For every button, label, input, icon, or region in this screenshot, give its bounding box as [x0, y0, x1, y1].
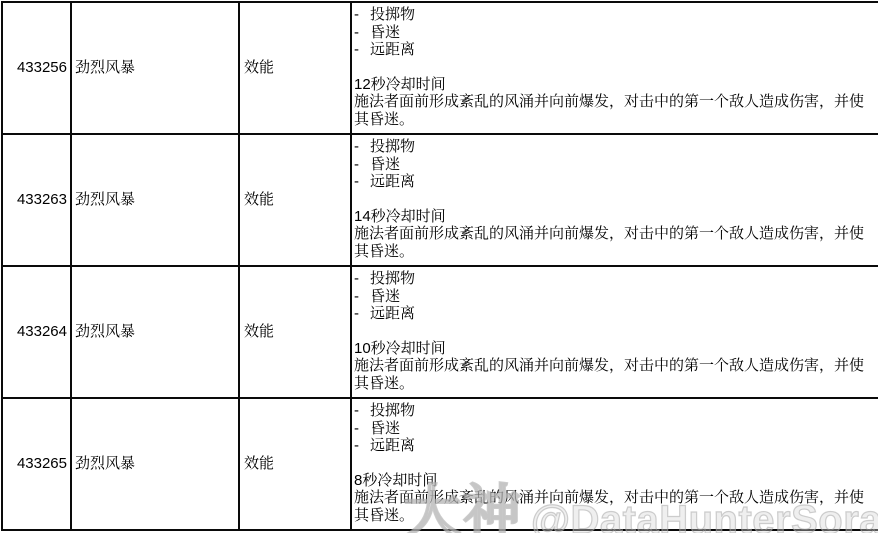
tag-label: 投掷物: [370, 402, 415, 419]
skill-category-cell: 效能: [239, 134, 351, 266]
tag-item: -投掷物: [354, 270, 874, 288]
tag-label: 远距离: [370, 41, 415, 58]
table-row: 433264 劲烈风暴 效能 -投掷物-昏迷-远距离 10秒冷却时间 施法者面前…: [2, 266, 878, 398]
skill-description: 施法者面前形成紊乱的风涌并向前爆发，对击中的第一个敌人造成伤害，并使其昏迷。: [354, 357, 874, 392]
tag-label: 昏迷: [370, 24, 400, 41]
skill-id-cell: 433256: [2, 2, 71, 134]
tag-label: 昏迷: [370, 288, 400, 305]
dash-bullet: -: [354, 437, 370, 455]
tag-list: -投掷物-昏迷-远距离: [354, 270, 874, 323]
skill-detail-cell: -投掷物-昏迷-远距离 10秒冷却时间 施法者面前形成紊乱的风涌并向前爆发，对击…: [351, 266, 878, 398]
tag-label: 投掷物: [370, 270, 415, 287]
tag-label: 昏迷: [370, 420, 400, 437]
skill-category-cell: 效能: [239, 398, 351, 530]
skill-detail-cell: -投掷物-昏迷-远距离 14秒冷却时间 施法者面前形成紊乱的风涌并向前爆发，对击…: [351, 134, 878, 266]
skill-description: 施法者面前形成紊乱的风涌并向前爆发，对击中的第一个敌人造成伤害，并使其昏迷。: [354, 225, 874, 260]
tag-item: -远距离: [354, 41, 874, 59]
dash-bullet: -: [354, 156, 370, 174]
tag-label: 远距离: [370, 305, 415, 322]
dash-bullet: -: [354, 420, 370, 438]
screenshot-root: 433256 劲烈风暴 效能 -投掷物-昏迷-远距离 12秒冷却时间 施法者面前…: [0, 0, 878, 533]
tag-label: 投掷物: [370, 6, 415, 23]
skill-table: 433256 劲烈风暴 效能 -投掷物-昏迷-远距离 12秒冷却时间 施法者面前…: [1, 1, 878, 531]
dash-bullet: -: [354, 173, 370, 191]
dash-bullet: -: [354, 138, 370, 156]
tag-list: -投掷物-昏迷-远距离: [354, 402, 874, 455]
cooldown-text: 10秒冷却时间: [354, 340, 874, 358]
tag-item: -投掷物: [354, 138, 874, 156]
skill-id-cell: 433263: [2, 134, 71, 266]
skill-detail-cell: -投掷物-昏迷-远距离 8秒冷却时间 施法者面前形成紊乱的风涌并向前爆发，对击中…: [351, 398, 878, 530]
tag-item: -昏迷: [354, 288, 874, 306]
dash-bullet: -: [354, 24, 370, 42]
skill-id-cell: 433264: [2, 266, 71, 398]
tag-item: -远距离: [354, 173, 874, 191]
skill-description: 施法者面前形成紊乱的风涌并向前爆发，对击中的第一个敌人造成伤害，并使其昏迷。: [354, 489, 874, 524]
tag-label: 远距离: [370, 437, 415, 454]
dash-bullet: -: [354, 41, 370, 59]
skill-name-cell: 劲烈风暴: [71, 266, 239, 398]
tag-item: -远距离: [354, 437, 874, 455]
skill-name-cell: 劲烈风暴: [71, 2, 239, 134]
skill-id-cell: 433265: [2, 398, 71, 530]
skill-detail-cell: -投掷物-昏迷-远距离 12秒冷却时间 施法者面前形成紊乱的风涌并向前爆发，对击…: [351, 2, 878, 134]
dash-bullet: -: [354, 305, 370, 323]
skill-name-cell: 劲烈风暴: [71, 134, 239, 266]
dash-bullet: -: [354, 6, 370, 24]
tag-item: -昏迷: [354, 156, 874, 174]
tag-label: 投掷物: [370, 138, 415, 155]
skill-description: 施法者面前形成紊乱的风涌并向前爆发，对击中的第一个敌人造成伤害，并使其昏迷。: [354, 93, 874, 128]
tag-item: -投掷物: [354, 402, 874, 420]
skill-name-cell: 劲烈风暴: [71, 398, 239, 530]
dash-bullet: -: [354, 288, 370, 306]
tag-label: 远距离: [370, 173, 415, 190]
skill-table-body: 433256 劲烈风暴 效能 -投掷物-昏迷-远距离 12秒冷却时间 施法者面前…: [2, 2, 878, 530]
skill-category-cell: 效能: [239, 2, 351, 134]
cooldown-text: 8秒冷却时间: [354, 472, 874, 490]
tag-list: -投掷物-昏迷-远距离: [354, 6, 874, 59]
tag-list: -投掷物-昏迷-远距离: [354, 138, 874, 191]
dash-bullet: -: [354, 270, 370, 288]
cooldown-text: 14秒冷却时间: [354, 208, 874, 226]
tag-label: 昏迷: [370, 156, 400, 173]
table-row: 433263 劲烈风暴 效能 -投掷物-昏迷-远距离 14秒冷却时间 施法者面前…: [2, 134, 878, 266]
cooldown-text: 12秒冷却时间: [354, 76, 874, 94]
table-row: 433256 劲烈风暴 效能 -投掷物-昏迷-远距离 12秒冷却时间 施法者面前…: [2, 2, 878, 134]
skill-category-cell: 效能: [239, 266, 351, 398]
tag-item: -投掷物: [354, 6, 874, 24]
table-row: 433265 劲烈风暴 效能 -投掷物-昏迷-远距离 8秒冷却时间 施法者面前形…: [2, 398, 878, 530]
tag-item: -昏迷: [354, 420, 874, 438]
tag-item: -远距离: [354, 305, 874, 323]
tag-item: -昏迷: [354, 24, 874, 42]
dash-bullet: -: [354, 402, 370, 420]
